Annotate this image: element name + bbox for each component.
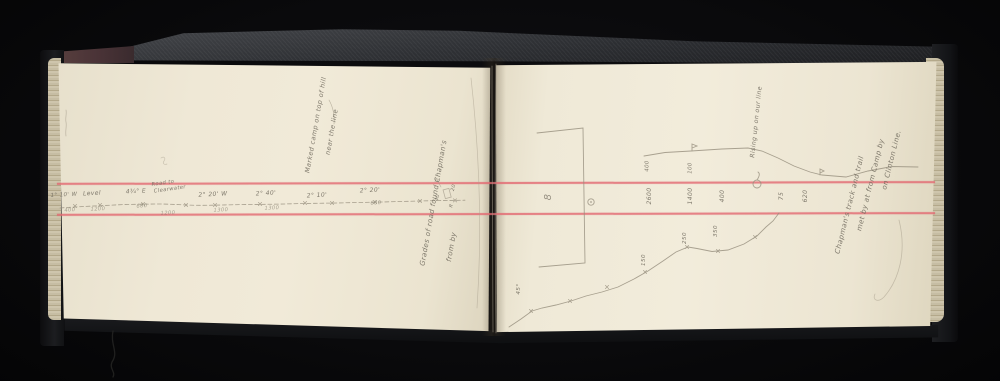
lower-distance-label: 250 [683, 232, 689, 244]
slope-label: 45° [517, 283, 523, 294]
mid-distance-label: 620 [803, 190, 809, 203]
mid-distance-label: 75 [779, 192, 785, 200]
mid-distance-label: 2600 [647, 188, 653, 205]
mid-distance-label: 1400 [688, 188, 694, 205]
hanging-thread [111, 331, 115, 377]
figure-label: 8 [544, 194, 554, 201]
mid-distance-label: 400 [720, 190, 726, 203]
bearing-label: 4¾° E [126, 188, 147, 195]
right-page [494, 58, 940, 336]
notebook-cover-top-flap [108, 26, 944, 66]
lower-distance-label: 150 [642, 254, 648, 266]
gutter-shadow [482, 58, 506, 336]
lower-distance-label: 350 [714, 225, 720, 237]
left-page [55, 60, 492, 335]
bearing-label: 2° 40' [256, 190, 277, 197]
distance-label: 600 [136, 204, 147, 210]
distance-label: 1300 [264, 206, 279, 212]
distance-label: 1300 [213, 208, 228, 214]
distance-label: 1200 [90, 207, 105, 213]
photograph-of-open-notebook: 1° 10' W Level 4¾° E 2° 20' W 2° 40' 2° … [0, 0, 1000, 381]
distance-label: 600 [370, 201, 381, 207]
distance-label: 1200 [160, 211, 175, 217]
post-symbol-letter: R [450, 204, 456, 209]
distance-label: 400 [64, 208, 75, 214]
bearing-label: Level [83, 191, 101, 198]
upper-distance-label: 400 [645, 160, 650, 172]
bearing-label: 2° 10' [307, 192, 328, 199]
upper-distance-label: 100 [688, 162, 693, 174]
page-fore-edge-left [48, 58, 61, 320]
marbled-board-corner [54, 46, 134, 63]
bearing-label: 2° 20' [360, 187, 381, 194]
